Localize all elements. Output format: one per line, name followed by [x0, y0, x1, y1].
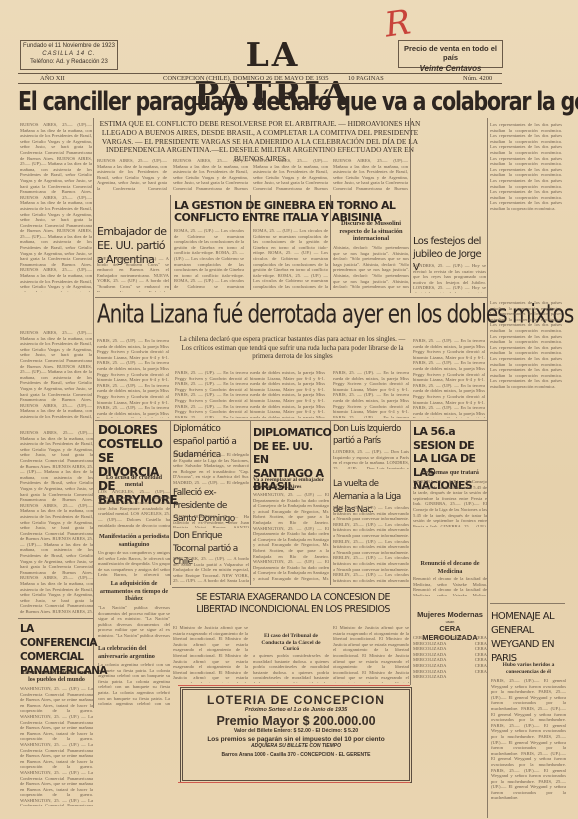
tocornal-body: NEW YORK, 25. — (UP). — A bordo del Sant… — [173, 556, 249, 582]
fallecio-body: SANTO DOMINGO, 25. — Ha fallecido el ex-… — [173, 514, 249, 528]
lottery-prices: Valor del Billete Entero: $ 52.00 - El D… — [183, 728, 409, 734]
year-label: AÑO XII — [40, 74, 65, 83]
section-rule — [490, 603, 565, 604]
ginebra-body-cont: ROMA, 25. — (UP.) — Los círculos de Gobi… — [253, 228, 328, 290]
celebracion-body: La colonia argentina celebró con un banq… — [98, 662, 170, 707]
right-column-text-2: Los representantes de los dos países est… — [490, 300, 562, 600]
cera-ad-text: CERA MERCOLIZADA CERA MERCOLIZADA CERA M… — [413, 635, 487, 805]
presidios-body: El Ministro de Justicia afirmó que se es… — [173, 625, 248, 683]
column-rule — [410, 420, 411, 685]
price-line: Precio de venta en todo el país — [399, 44, 502, 62]
lottery-footer: Barros Arana 1000 - Casilla 370 - CONCEP… — [183, 752, 409, 758]
column-text: BUENOS AIRES, 25.— (UP).— Mañana a las d… — [173, 158, 248, 193]
mussolini-headline: Discurso de Mussolini respecto de la sit… — [333, 220, 409, 243]
celebracion-headline: La celebración del aniversario argentino — [98, 645, 170, 660]
adquisicion-body: "La Nación" publica diversos documentos … — [98, 605, 170, 640]
price-box: Precio de venta en todo el país Veinte C… — [398, 40, 503, 68]
weygand-body: PARIS, 25.— (UP.).— El general Weygand y… — [491, 678, 566, 808]
section-rule — [18, 618, 93, 619]
lottery-prize: Premio Mayor $ 200.000.00 — [183, 714, 409, 728]
embajador-body: NUEVA YORK, 25. — (UP.) — A bordo del "S… — [97, 256, 169, 292]
lead-article-body: BUENOS AIRES, 25.— (UP).— Mañana a las d… — [20, 122, 92, 292]
tribunal-headline: El caso del Tribunal de Conducta de la C… — [253, 633, 329, 653]
conferencia-body: WASHINGTON, 25. — (UP.) — La Conferencia… — [20, 686, 93, 806]
diplomatico-eeuu-subhead: Va a reemplazar al embajador que partió … — [253, 477, 329, 490]
presidios-body-cont: El Ministro de Justicia afirmó que se es… — [333, 625, 409, 683]
lizana-body-cont: PARIS, 25. — (UP). — En la tercera rueda… — [175, 370, 325, 418]
lottery-subtitle: Próximo Sorteo el 1.o de Junio de 1935 — [183, 707, 409, 713]
liga-subhead: Problemas que tratará — [413, 470, 487, 476]
right-column-text: Los representantes de los dos países est… — [490, 122, 562, 292]
page-count: 10 PAGINAS — [348, 74, 384, 83]
casilla-line: CASILLA 14 C. — [21, 50, 117, 58]
weygand-headline: HOMENAJE AL GENERAL WEYGAND EN PARIS — [491, 610, 566, 666]
issue-number: Núm. 4200 — [463, 74, 492, 83]
lizana-headline: Anita Lizana fué derrotada ayer en los d… — [97, 298, 489, 329]
ginebra-body: ROMA, 25. — (UP.) — Los círculos de Gobi… — [174, 228, 244, 290]
ad-border-accent — [178, 782, 410, 783]
column-rule — [487, 118, 488, 818]
lottery-title: LOTERIA DE CONCEPCION — [183, 693, 409, 707]
telephone-line: Teléfono: Ad. y Redacción 23 — [21, 58, 117, 66]
diplomatico-eeuu-body: WASHINGTON, 25. — (UP.) — El Departament… — [253, 492, 329, 582]
lottery-cta: ADQUIERA SU BILLETE CON TIEMPO — [183, 743, 409, 749]
lizana-side-body: PARIS, 25. — (UP). — En la tercera rueda… — [413, 338, 485, 418]
column-rule — [250, 420, 251, 585]
costello-body: LOS ANGELES, 25.— (UP).— Dolores Costell… — [98, 489, 170, 529]
decano-body: Renunció el decano de la facultad de Med… — [413, 576, 487, 596]
lizana-subdeck: La chilena declaró que espera practicar … — [175, 336, 410, 362]
newspaper-page: Fundado el 11 Noviembre de 1923 CASILLA … — [0, 0, 578, 819]
cera-ad-line1: Mujeres Modernas — [413, 610, 487, 619]
left-column-lower-text: BUENOS AIRES, 25.— (UP).— Mañana a las d… — [20, 430, 93, 615]
costello-subhead: Lo acusa de crueldad mental — [98, 474, 170, 488]
column-text: BUENOS AIRES, 25.— (UP).— Mañana a las d… — [97, 158, 167, 193]
lottery-ad: LOTERIA DE CONCEPCION Próximo Sorteo el … — [180, 687, 412, 783]
column-rule — [410, 118, 411, 293]
column-rule — [330, 420, 331, 585]
izquierdo-body: LONDRES, 25. — (UP). — Don Luis Izquierd… — [333, 449, 409, 469]
section-rule — [172, 587, 410, 588]
banner-headline: El canciller paraguayo declaró que va a … — [18, 86, 510, 116]
lizana-body: PARIS, 25. — (UP). — En la tercera rueda… — [97, 338, 169, 418]
place-date: CONCEPCION (CHILE), DOMINGO 26 DE MAYO D… — [163, 74, 329, 83]
column-rule — [170, 195, 171, 290]
dateline-bar: AÑO XII CONCEPCION (CHILE), DOMINGO 26 D… — [18, 73, 502, 84]
izquierdo-headline: Don Luis Izquierdo partió a París — [333, 423, 409, 447]
adquisicion-headline: La adquisición de armamentos en tiempo d… — [98, 580, 170, 603]
column-rule — [93, 118, 94, 708]
lead-article-continued: BUENOS AIRES, 25.— (UP).— Mañana a las d… — [20, 330, 92, 420]
alemania-body: BERLIN, 25.— (UP.) — Los círculos britán… — [333, 505, 409, 583]
weygand-subhead: Hubo varios heridos a consecuencias de é… — [491, 662, 566, 675]
mussolini-body: Abisinia, declaró: "Sólo pretendemos que… — [333, 245, 409, 290]
liga-body: GINEBRA, 25.— (UP.).— El Consejo de la L… — [413, 479, 487, 527]
lottery-note: Los premios se pagarán sin el impuesto d… — [183, 736, 409, 743]
column-text: BUENOS AIRES, 25.— (UP).— Mañana a las d… — [253, 158, 328, 193]
tribunal-body: a quienes podría considerárseles de mora… — [253, 653, 329, 683]
price-amount: Veinte Centavos — [399, 64, 502, 73]
lizana-body-cont2: PARIS, 25. — (UP). — En la tercera rueda… — [333, 370, 409, 418]
section-rule — [95, 420, 487, 421]
manifestacion-headline: Manifestación a periodista santiaguino — [98, 533, 170, 548]
diplomatico-espanol-body: MADRID, 25. — (UP). — El delegado de Esp… — [173, 452, 249, 487]
decano-headline: Renunció el decano de Medicina — [413, 560, 487, 575]
founded-line: Fundado el 11 Noviembre de 1923 — [21, 42, 117, 50]
ad-border-accent — [178, 685, 410, 686]
presidios-headline: SE ESTARIA EXAGERANDO LA CONCESION DE LI… — [178, 592, 408, 616]
conferencia-subhead: Desea entendimiento entre los pueblos de… — [20, 670, 93, 684]
column-text: BUENOS AIRES, 25.— (UP).— Mañana a las d… — [333, 158, 408, 193]
manifestacion-body: Un grupo de sus compañeros y amigos del … — [98, 550, 170, 578]
jubileo-body: LONDRES, 25. — (UP.) — Hoy se efectuó la… — [413, 263, 486, 293]
founding-info-box: Fundado el 11 Noviembre de 1923 CASILLA … — [20, 40, 118, 70]
